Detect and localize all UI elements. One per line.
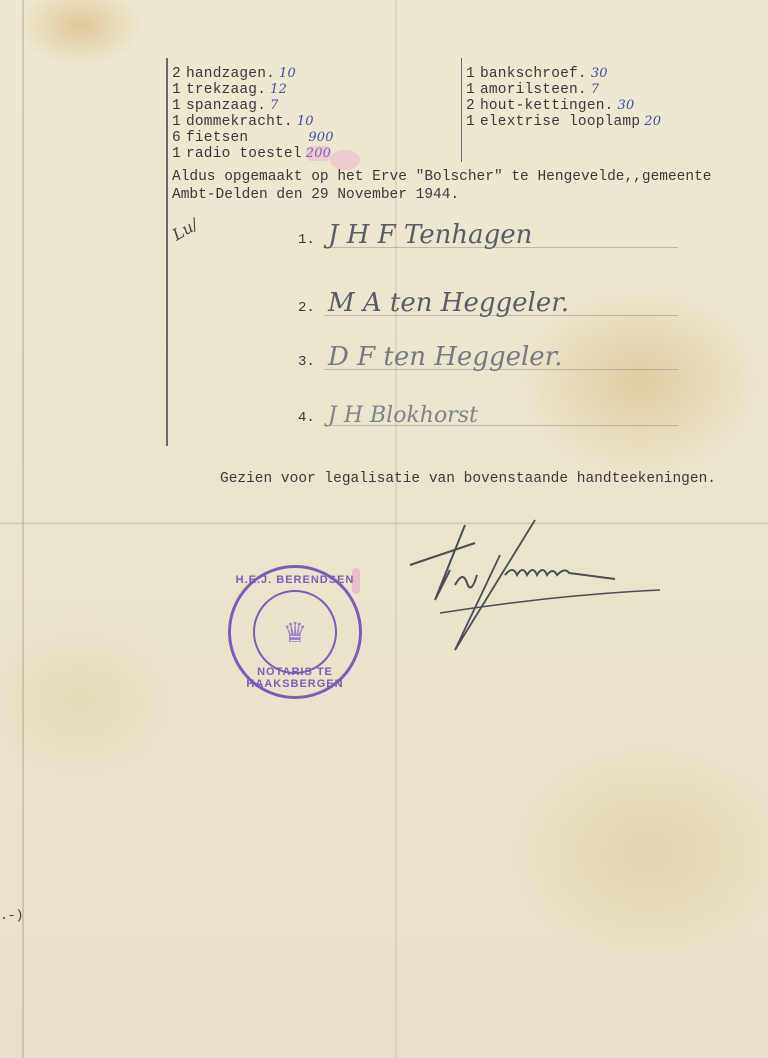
stamp-top-text: H.E.J. BERENDSEN bbox=[231, 574, 359, 586]
closing-paragraph: Aldus opgemaakt op het Erve "Bolscher" t… bbox=[172, 168, 712, 204]
signature-line-3: 3. D F ten Heggeler. bbox=[298, 342, 678, 372]
handwritten-price: 200 bbox=[306, 146, 331, 161]
handwritten-price: 12 bbox=[270, 82, 287, 97]
crown-crest-icon: ♛ bbox=[285, 611, 305, 653]
list-item: 2handzagen.10 bbox=[172, 66, 334, 82]
signature-line-4: 4. J H Blokhorst bbox=[298, 398, 678, 428]
handwritten-signature: M A ten Heggeler. bbox=[328, 288, 569, 318]
handwritten-price: 10 bbox=[297, 114, 314, 129]
handwritten-price: 900 bbox=[308, 130, 333, 145]
document-page: 2handzagen.10 1trekzaag.12 1spanzaag.7 1… bbox=[0, 0, 768, 1058]
margin-initials: Lu/ bbox=[169, 215, 201, 245]
list-item: 1trekzaag.12 bbox=[172, 82, 334, 98]
list-item: 1elextrise looplamp20 bbox=[466, 114, 661, 130]
stamp-bottom-text: NOTARIS TE HAAKSBERGEN bbox=[231, 666, 359, 690]
ink-smudge bbox=[330, 150, 360, 170]
inventory-list-right: 1bankschroef.30 1amorilsteen.7 2hout-ket… bbox=[466, 66, 661, 130]
fold-crease-center bbox=[395, 0, 397, 1058]
handwritten-signature: J H Blokhorst bbox=[328, 403, 478, 428]
stamp-crest-ring: ♛ bbox=[253, 590, 337, 674]
margin-note: .-) bbox=[0, 908, 23, 923]
handwritten-price: 30 bbox=[618, 98, 635, 113]
fold-crease-vertical bbox=[22, 0, 24, 1058]
list-item: 1amorilsteen.7 bbox=[466, 82, 661, 98]
list-item: 1radio toestel200 bbox=[172, 146, 334, 162]
signature-line-2: 2. M A ten Heggeler. bbox=[298, 288, 678, 318]
handwritten-signature: J H F Tenhagen bbox=[328, 220, 532, 250]
handwritten-price: 7 bbox=[270, 98, 278, 113]
handwritten-signature: D F ten Heggeler. bbox=[328, 342, 563, 372]
list-item: 1spanzaag.7 bbox=[172, 98, 334, 114]
list-item: 1dommekracht.10 bbox=[172, 114, 334, 130]
notary-stamp: H.E.J. BERENDSEN ♛ NOTARIS TE HAAKSBERGE… bbox=[228, 565, 362, 699]
handwritten-price: 7 bbox=[591, 82, 599, 97]
handwritten-price: 10 bbox=[279, 66, 296, 81]
column-divider bbox=[461, 58, 462, 162]
legalisation-statement: Gezien voor legalisatie van bovenstaande… bbox=[220, 471, 716, 487]
list-item: 2hout-kettingen.30 bbox=[466, 98, 661, 114]
list-item: 1bankschroef.30 bbox=[466, 66, 661, 82]
handwritten-price: 20 bbox=[644, 114, 661, 129]
margin-rule bbox=[166, 58, 168, 446]
handwritten-price: 30 bbox=[591, 66, 608, 81]
inventory-list-left: 2handzagen.10 1trekzaag.12 1spanzaag.7 1… bbox=[172, 66, 334, 162]
signature-line-1: 1. J H F Tenhagen bbox=[298, 220, 678, 250]
list-item: 6fietsen900 bbox=[172, 130, 334, 146]
notary-signature bbox=[405, 515, 665, 655]
